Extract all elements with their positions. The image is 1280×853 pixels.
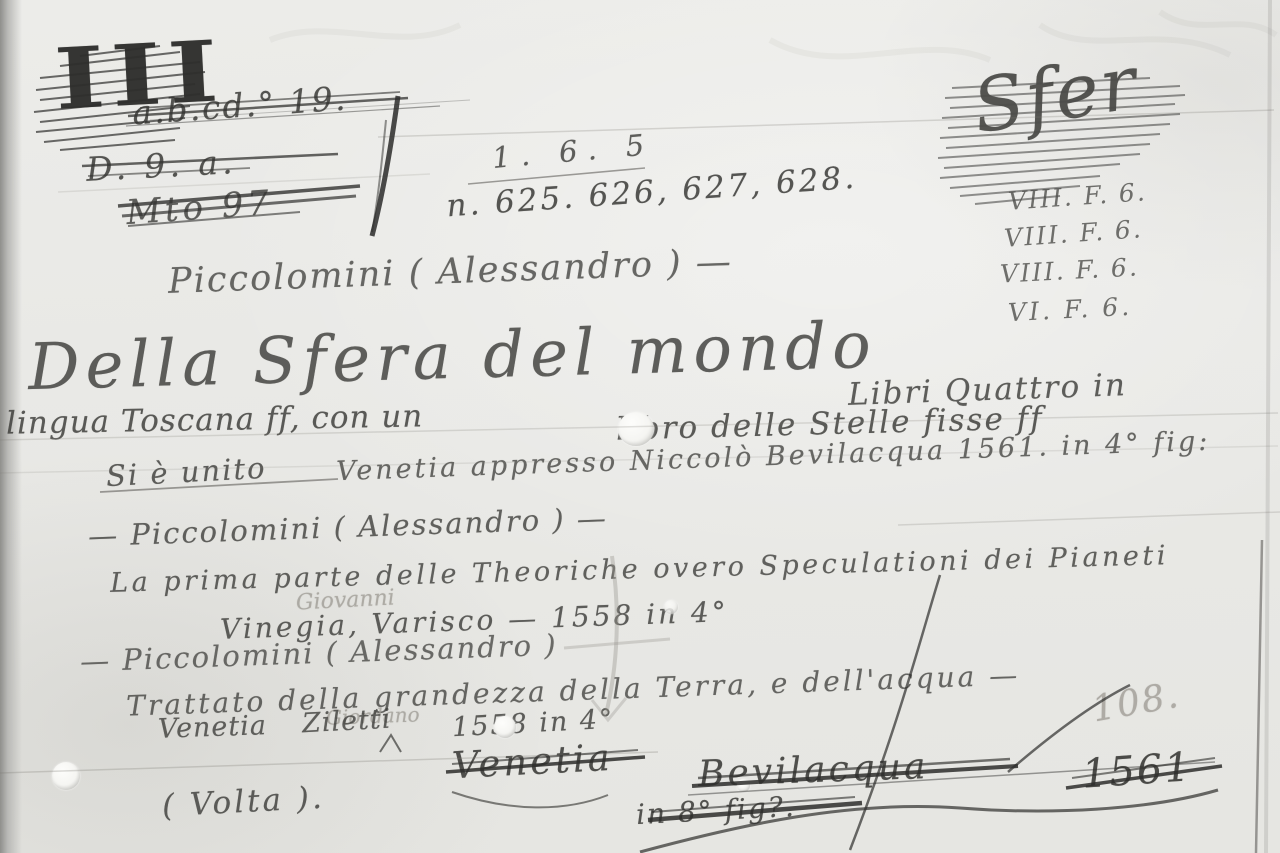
entry2-title: La prima parte delle Theoriche overo Spe… — [110, 540, 1170, 599]
cancelled-shelfmark-old-2: D. 9. a. — [85, 142, 237, 189]
cancelled-shelfmark-old-3: Mto 97 — [125, 183, 274, 233]
cancelled-imprint-format: in 8° fig?. — [635, 790, 796, 831]
manuscript-catalog-card: III a.b.cd.° 19. D. 9. a. Mto 97 1. 6. 5… — [0, 0, 1280, 853]
cancelled-imprint-year: 1561 — [1081, 744, 1194, 798]
shelfmark-1: VIII. F. 6. — [1007, 177, 1147, 216]
group-number: 1. 6. 5 — [491, 127, 656, 175]
caret-insertion-mark — [380, 735, 401, 752]
entry3-imprint-place: Venetia — [157, 710, 267, 745]
cancelled-imprint-publisher: Bevilacqua — [697, 746, 929, 795]
shelfmark-4: VI. F. 6. — [1007, 292, 1132, 327]
pencil-folio-number: 108. — [1089, 675, 1183, 731]
cancelled-sfer-word: Sfer — [967, 40, 1144, 151]
paper-hole-left — [52, 762, 80, 790]
paper-hole-bottom-2 — [737, 779, 750, 792]
entry1-title-large: Della Sfera del mondo — [27, 309, 877, 405]
entry1-side-note: Si è unito — [105, 451, 267, 493]
shelfmark-3: VIII. F. 6. — [999, 252, 1139, 288]
entry3-author-heading: — Piccolomini ( Alessandro ) — [80, 628, 559, 679]
entry1-author-heading: Piccolomini ( Alessandro ) — — [167, 242, 733, 302]
entry3-imprint-publisher: Ziletti — [301, 704, 392, 740]
entry2-author-heading: — Piccolomini ( Alessandro ) — — [88, 501, 609, 553]
paper-hole-small — [664, 600, 678, 614]
tall-slash-stroke — [372, 96, 398, 236]
cancelled-imprint-place: Venetia — [451, 736, 614, 787]
volta-note: ( Volta ). — [161, 780, 325, 824]
page-right-edge — [1256, 0, 1270, 853]
entry1-line2-left: lingua Toscana ff, con un — [6, 398, 424, 441]
shelfmark-2: VIII. F. 6. — [1003, 214, 1143, 253]
paper-hole-center — [618, 412, 654, 446]
paper-hole-bottom-1 — [494, 716, 516, 738]
